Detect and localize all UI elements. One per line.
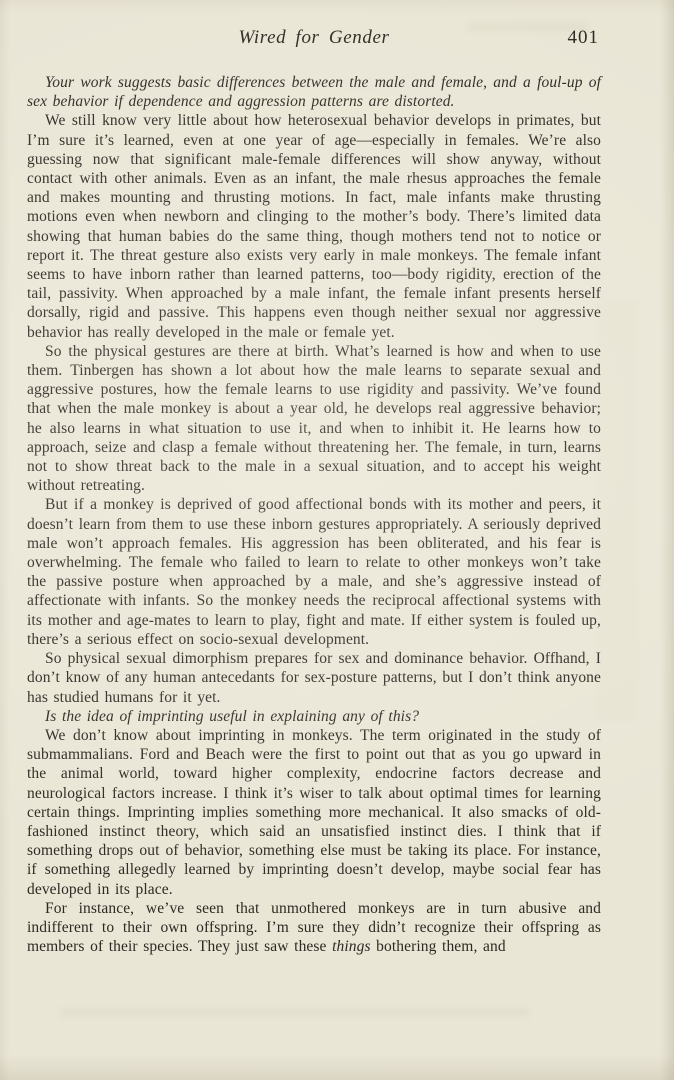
paragraph: So the physical gestures are there at bi… <box>27 342 601 496</box>
paragraph: We don’t know about imprinting in monkey… <box>27 726 601 899</box>
paragraph: So physical sexual dimorphism prepares f… <box>27 649 601 707</box>
bleed-through-smudge <box>60 1008 530 1017</box>
page-number: 401 <box>568 26 600 50</box>
paragraph: For instance, we’ve seen that unmothered… <box>27 899 601 957</box>
emphasized-word: things <box>332 938 371 955</box>
page-body: Your work suggests basic differences bet… <box>27 73 601 956</box>
running-head-title: Wired for Gender <box>27 26 601 50</box>
paragraph-interview-question: Is the idea of imprinting useful in expl… <box>27 707 601 726</box>
page-edge-shadow <box>598 300 638 720</box>
running-head: Wired for Gender 401 <box>27 26 601 50</box>
book-page: Wired for Gender 401 Your work suggests … <box>27 26 601 956</box>
paragraph-interview-question: Your work suggests basic differences bet… <box>27 73 601 111</box>
paragraph-text: For instance, we’ve seen that unmothered… <box>27 900 601 955</box>
paragraph-text: bothering them, and <box>371 938 506 955</box>
paragraph: But if a monkey is deprived of good affe… <box>27 495 601 649</box>
paragraph: We still know very little about how hete… <box>27 111 601 341</box>
